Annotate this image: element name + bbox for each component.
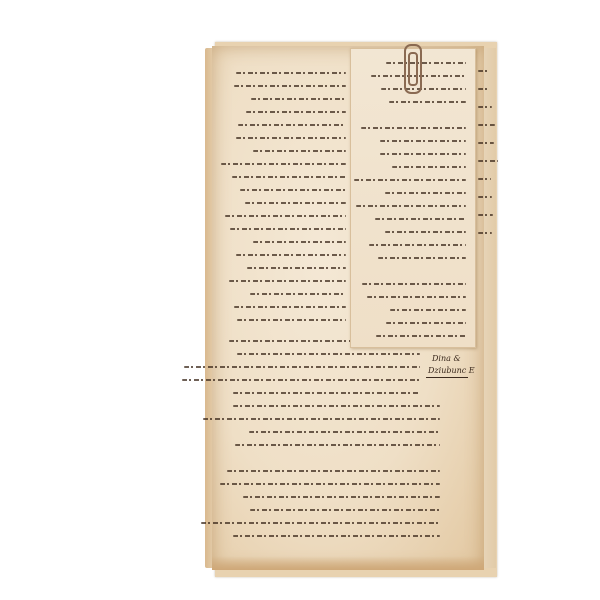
handwritten-line: [236, 254, 346, 256]
flap-line: [478, 88, 488, 90]
handwritten-line: [238, 124, 346, 126]
handwritten-line: [229, 280, 346, 282]
handwritten-line: [201, 522, 440, 524]
paperclip-inner: [408, 52, 418, 86]
flap-line: [478, 142, 494, 144]
note-line: [386, 322, 466, 324]
handwritten-line: [233, 405, 440, 407]
handwritten-line: [235, 444, 440, 446]
handwritten-line: [203, 418, 440, 420]
note-line: [354, 179, 466, 181]
handwritten-line: [234, 85, 346, 87]
handwritten-line: [250, 509, 440, 511]
flap-line: [478, 232, 492, 234]
handwritten-line: [230, 228, 346, 230]
manuscript-photo: Dina & Dziubunc E: [0, 0, 600, 600]
handwritten-line: [237, 353, 420, 355]
handwritten-line: [236, 72, 346, 74]
handwritten-line: [253, 241, 346, 243]
handwritten-line: [221, 163, 346, 165]
handwritten-line: [233, 392, 420, 394]
handwritten-line: [240, 189, 346, 191]
note-line: [378, 257, 466, 259]
note-line: [380, 140, 466, 142]
handwritten-line: [234, 306, 346, 308]
flap-line: [478, 160, 498, 162]
flap-line: [478, 214, 493, 216]
flap-line: [478, 178, 491, 180]
note-line: [356, 205, 466, 207]
note-line: [385, 231, 466, 233]
flap-line: [478, 196, 492, 198]
flap-line: [478, 106, 492, 108]
handwritten-line: [236, 137, 346, 139]
handwritten-line: [184, 366, 420, 368]
handwritten-line: [227, 470, 440, 472]
handwritten-line: [182, 379, 420, 381]
handwritten-line: [247, 267, 346, 269]
note-line: [362, 283, 466, 285]
handwritten-line: [251, 98, 346, 100]
note-line: [390, 309, 466, 311]
flap-line: [478, 124, 495, 126]
note-line: [381, 88, 466, 90]
margin-note-line2: Dziubunc E: [428, 366, 475, 375]
handwritten-line: [237, 319, 346, 321]
handwritten-line: [253, 150, 346, 152]
note-line: [369, 244, 466, 246]
note-line: [361, 127, 466, 129]
flap-line: [478, 70, 489, 72]
handwritten-line: [232, 176, 346, 178]
handwritten-line: [243, 496, 440, 498]
handwritten-line: [220, 483, 440, 485]
handwritten-line: [233, 535, 440, 537]
handwritten-line: [250, 293, 346, 295]
note-line: [385, 192, 466, 194]
handwritten-line: [246, 111, 346, 113]
margin-note-line1: Dina &: [432, 354, 461, 363]
note-line: [375, 218, 466, 220]
note-line: [367, 296, 466, 298]
note-line: [386, 62, 466, 64]
note-line: [392, 166, 466, 168]
handwritten-line: [249, 431, 440, 433]
handwritten-line: [245, 202, 346, 204]
note-line: [380, 153, 466, 155]
handwritten-line: [225, 215, 346, 217]
note-line: [389, 101, 466, 103]
note-line: [376, 335, 466, 337]
margin-note-underline: [426, 377, 468, 378]
